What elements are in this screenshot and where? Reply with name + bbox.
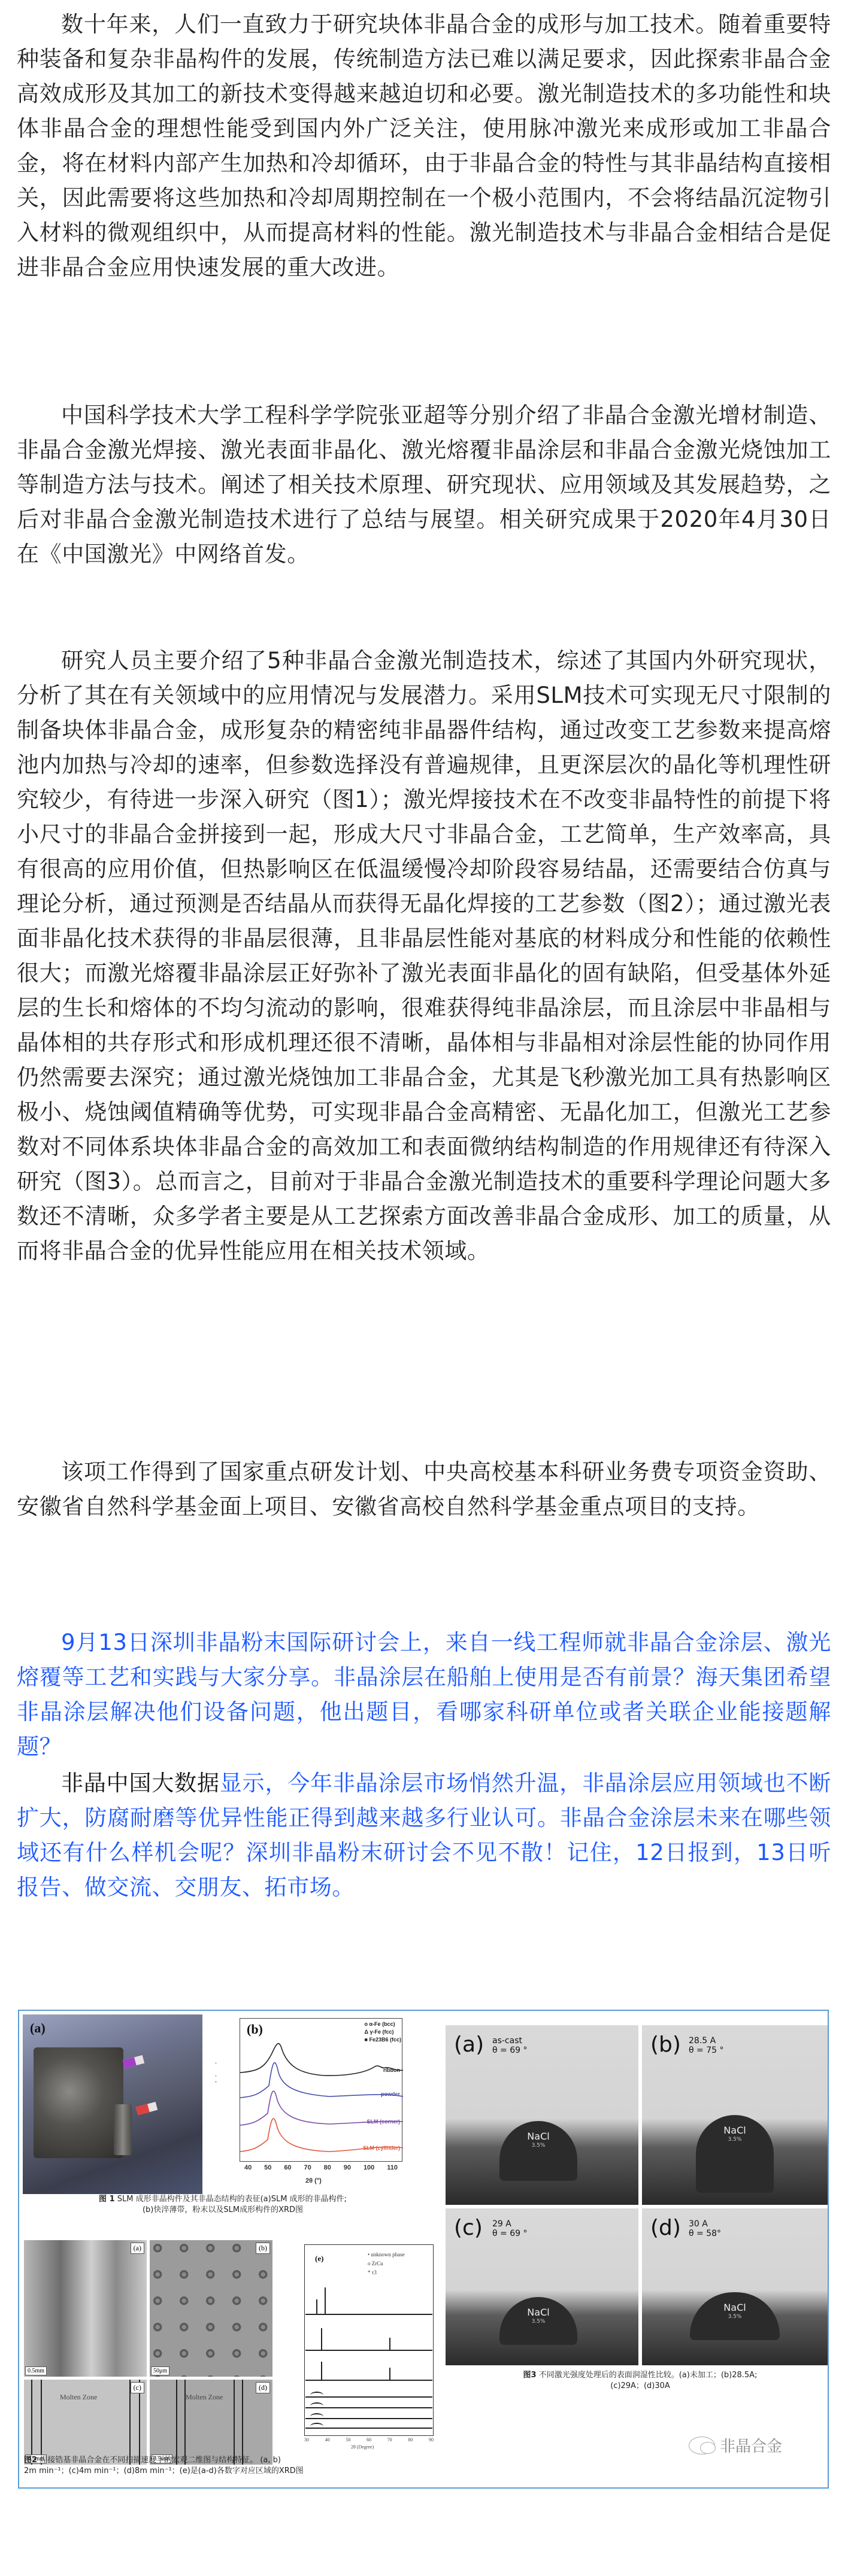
nacl-droplet: NaCl 3.5%: [499, 2297, 577, 2345]
fig3-panel-d-meta: 30 A θ = 58°: [689, 2219, 721, 2238]
boundary-line: [31, 2380, 32, 2465]
scale-bar: 0.5mm: [25, 2366, 47, 2375]
legend-unknown-phase: • unknown phase: [368, 2250, 405, 2259]
amorphous-hump: [310, 2392, 323, 2399]
contact-angle: θ = 75 °: [689, 2046, 723, 2055]
x-tick: 60: [367, 2437, 371, 2443]
trace-5: [305, 2407, 432, 2408]
lattice-cube-image: [34, 2047, 123, 2158]
fig3-panel-d-label: (d): [650, 2216, 681, 2240]
fig2-panel-e-label: (e): [315, 2254, 323, 2264]
contact-angle: θ = 69 °: [492, 2229, 527, 2238]
droplet-concentration: 3.5%: [696, 2137, 774, 2143]
wechat-watermark: 非晶合金: [689, 2434, 782, 2456]
trace-7: [305, 2428, 432, 2429]
fig3-wetting-d: (d) 30 A θ = 58° NaCl 3.5%: [642, 2208, 829, 2365]
boundary-line: [41, 2380, 42, 2465]
boundary-line: [176, 2380, 177, 2465]
fig3-panel-c-meta: 29 A θ = 69 °: [492, 2219, 527, 2238]
fig2-number: 图2: [24, 2456, 37, 2465]
droplet-label: NaCl: [499, 2131, 577, 2142]
x-tick: 40: [244, 2164, 252, 2171]
molten-zone-label: Molten Zone: [60, 2393, 97, 2402]
x-tick: 40: [325, 2437, 330, 2443]
x-tick: 70: [387, 2437, 392, 2443]
legend-alpha-fe: o α-Fe (bcc): [365, 2020, 401, 2028]
trace-2: [305, 2350, 432, 2351]
paragraph-seminar-promo: 9月13日深圳非晶粉末国际研讨会上，来自一线工程师就非晶合金涂层、激光熔覆等工艺…: [17, 1625, 831, 1764]
peak: [389, 2368, 390, 2380]
x-tick: 70: [304, 2164, 311, 2171]
xrd-e-legend: • unknown phase o ZrCu * τ3: [368, 2250, 405, 2277]
nacl-droplet: NaCl 3.5%: [690, 2292, 780, 2340]
contact-angle: θ = 58°: [689, 2229, 721, 2238]
xrd-y-axis-label: Intensity (a.u.): [216, 2062, 216, 2107]
fig2-caption-line1: 焊接锆基非晶合金在不同扫描速度下的宏观二维图与结构特征。 (a, b): [40, 2456, 281, 2465]
x-tick: 100: [364, 2164, 374, 2171]
trace-4: [305, 2396, 432, 2398]
trace-3: [305, 2380, 432, 2381]
fig1-panel-a-label: (a): [30, 2020, 46, 2036]
paragraph-funding: 该项工作得到了国家重点研发计划、中央高校基本科研业务费专项资金资助、安徽省自然科…: [17, 1455, 831, 1524]
droplet-label: NaCl: [499, 2307, 577, 2318]
fig1-photo-slm-parts: (a): [23, 2014, 202, 2194]
wechat-icon: [689, 2437, 715, 2454]
droplet-concentration: 3.5%: [499, 2319, 577, 2325]
fig1-panel-b-label: (b): [247, 2022, 263, 2037]
paragraph-intro: 数十年来，人们一直致力于研究块体非晶合金的成形与加工技术。随着重要特种装备和复杂…: [17, 7, 831, 285]
fig3-wetting-c: (c) 29 A θ = 69 ° NaCl 3.5%: [446, 2208, 638, 2365]
nacl-droplet: NaCl 3.5%: [696, 2115, 774, 2193]
molten-zone-label: Molten Zone: [186, 2393, 223, 2402]
trace-6: [305, 2418, 432, 2419]
paragraph-techniques-review: 研究人员主要介绍了5种非晶合金激光制造技术，综述了其国内外研究现状，分析了其在有…: [17, 644, 831, 1269]
nacl-droplet: NaCl 3.5%: [499, 2121, 577, 2181]
droplet-concentration: 3.5%: [499, 2143, 577, 2149]
legend-zrcu: o ZrCu: [368, 2259, 405, 2268]
fig2-panel-c-label: (c): [131, 2382, 144, 2393]
composite-figure: (a) (b) o α-Fe (bcc) Δ γ-Fe (fcc) ■ Fe23…: [18, 2010, 829, 2489]
condition: 28.5 A: [689, 2036, 723, 2046]
fig3-caption: 图3 不同激光强度处理后的表面润湿性比较。(a)未加工；(b)28.5A; (c…: [446, 2370, 829, 2392]
fig1-caption-line1: SLM 成形非晶构件及其非晶态结构的表征(a)SLM 成形的非晶构件;: [117, 2195, 347, 2204]
peak: [316, 2299, 317, 2314]
fig3-number: 图3: [523, 2371, 537, 2380]
condition: 29 A: [492, 2219, 527, 2229]
series-slm-corner: SLM (corner): [367, 2119, 400, 2125]
fig3-wetting-a: (a) as-cast θ = 69 ° NaCl 3.5%: [446, 2025, 638, 2205]
x-tick: 80: [324, 2164, 331, 2171]
peak: [389, 2338, 390, 2350]
watermark-text: 非晶合金: [720, 2434, 782, 2456]
scale-bar: 50μm: [151, 2366, 169, 2375]
x-tick: 90: [344, 2164, 351, 2171]
fig1-caption: 图 1 SLM 成形非晶构件及其非晶态结构的表征(a)SLM 成形的非晶构件; …: [43, 2194, 402, 2216]
xrd-e-x-ticks: 30 40 50 60 70 80 90: [304, 2437, 434, 2443]
paragraph-research-team: 中国科学技术大学工程科学学院张亚超等分别介绍了非晶合金激光增材制造、非晶合金激光…: [17, 398, 831, 572]
fig3-panel-b-label: (b): [650, 2032, 681, 2057]
fig3-panel-b-meta: 28.5 A θ = 75 °: [689, 2036, 723, 2055]
xrd-x-ticks: 40 50 60 70 80 90 100 110: [240, 2164, 402, 2171]
fig3-caption-line2: (c)29A；(d)30A: [446, 2381, 829, 2392]
arrow-marker-red: [136, 2102, 158, 2115]
xrd-legend: o α-Fe (bcc) Δ γ-Fe (fcc) ■ Fe23B6 (fcc): [365, 2020, 401, 2044]
fig1-caption-line2: (b)快淬薄带，粉末以及SLM成形构件的XRD图: [43, 2205, 402, 2216]
fig3-caption-line1: 不同激光强度处理后的表面润湿性比较。(a)未加工；(b)28.5A;: [539, 2371, 758, 2380]
contact-angle: θ = 69 °: [492, 2046, 527, 2055]
xrd-x-axis-label: 2θ (°): [305, 2177, 322, 2184]
x-tick: 50: [264, 2164, 271, 2171]
fig2-micrograph-c: Molten Zone (c) 0.5mm: [24, 2380, 147, 2465]
x-tick: 30: [304, 2437, 309, 2443]
fig2-caption-line2: 2m min⁻¹；(c)4m min⁻¹；(d)8m min⁻¹；(e)是(a-…: [24, 2466, 437, 2477]
boundary-line: [234, 2380, 235, 2465]
paragraph-market-promo: 非晶中国大数据显示，今年非晶涂层市场悄然升温，非晶涂层应用领域也不断扩大，防腐耐…: [17, 1766, 831, 1905]
x-tick: 50: [346, 2437, 350, 2443]
series-slm-cylinder: SLM (cylinder): [363, 2145, 400, 2151]
trace-1: [305, 2314, 432, 2315]
boundary-line: [242, 2380, 243, 2465]
fig2-micrograph-d: Molten Zone (d) 0.5mm: [150, 2380, 272, 2465]
legend-tau3: * τ3: [368, 2268, 405, 2277]
x-tick: 110: [387, 2164, 398, 2171]
fig2-micrograph-a: (a) 0.5mm: [24, 2240, 147, 2377]
fig2-panel-a-label: (a): [131, 2243, 144, 2254]
x-tick: 90: [429, 2437, 434, 2443]
fig1-xrd-chart: (b) o α-Fe (bcc) Δ γ-Fe (fcc) ■ Fe23B6 (…: [216, 2014, 407, 2194]
amorphous-hump: [310, 2402, 323, 2410]
fig3-panel-a-label: (a): [454, 2032, 484, 2057]
fig2-caption: 图2 焊接锆基非晶合金在不同扫描速度下的宏观二维图与结构特征。 (a, b) 2…: [24, 2455, 437, 2477]
fig2-panel-d-label: (d): [256, 2382, 270, 2393]
fig3-panel-a-meta: as-cast θ = 69 °: [492, 2036, 527, 2055]
fig3-panel-c-label: (c): [454, 2216, 483, 2240]
series-powder: powder: [381, 2091, 400, 2097]
amorphous-hump: [310, 2423, 323, 2430]
peak: [321, 2362, 322, 2380]
x-tick: 80: [408, 2437, 413, 2443]
fig2-panel-b-label: (b): [256, 2243, 270, 2254]
legend-fe23b6: ■ Fe23B6 (fcc): [365, 2036, 401, 2044]
cylinder-image: [114, 2104, 132, 2155]
x-tick: 60: [284, 2164, 291, 2171]
series-ribbon: ribbon: [383, 2067, 400, 2073]
fig3-wetting-b: (b) 28.5 A θ = 75 ° NaCl 3.5%: [642, 2025, 829, 2205]
fig2-xrd-chart: (e) • unknown phase o ZrCu * τ3 30 40 50…: [302, 2244, 437, 2453]
legend-gamma-fe: Δ γ-Fe (fcc): [365, 2028, 401, 2036]
fig1-number: 图 1: [99, 2195, 115, 2204]
big-data-lead: 非晶中国大数据: [61, 1770, 220, 1796]
droplet-concentration: 3.5%: [690, 2314, 780, 2320]
xrd-e-x-axis-label: 2θ (Degree): [351, 2444, 374, 2450]
droplet-label: NaCl: [690, 2302, 780, 2313]
condition: 30 A: [689, 2219, 721, 2229]
arrow-marker-purple: [123, 2055, 144, 2068]
amorphous-hump: [310, 2413, 323, 2420]
peak: [325, 2287, 326, 2314]
droplet-label: NaCl: [696, 2125, 774, 2136]
fig2-micrograph-b: (b) 50μm: [150, 2240, 272, 2377]
peak: [321, 2328, 322, 2350]
condition: as-cast: [492, 2036, 527, 2046]
